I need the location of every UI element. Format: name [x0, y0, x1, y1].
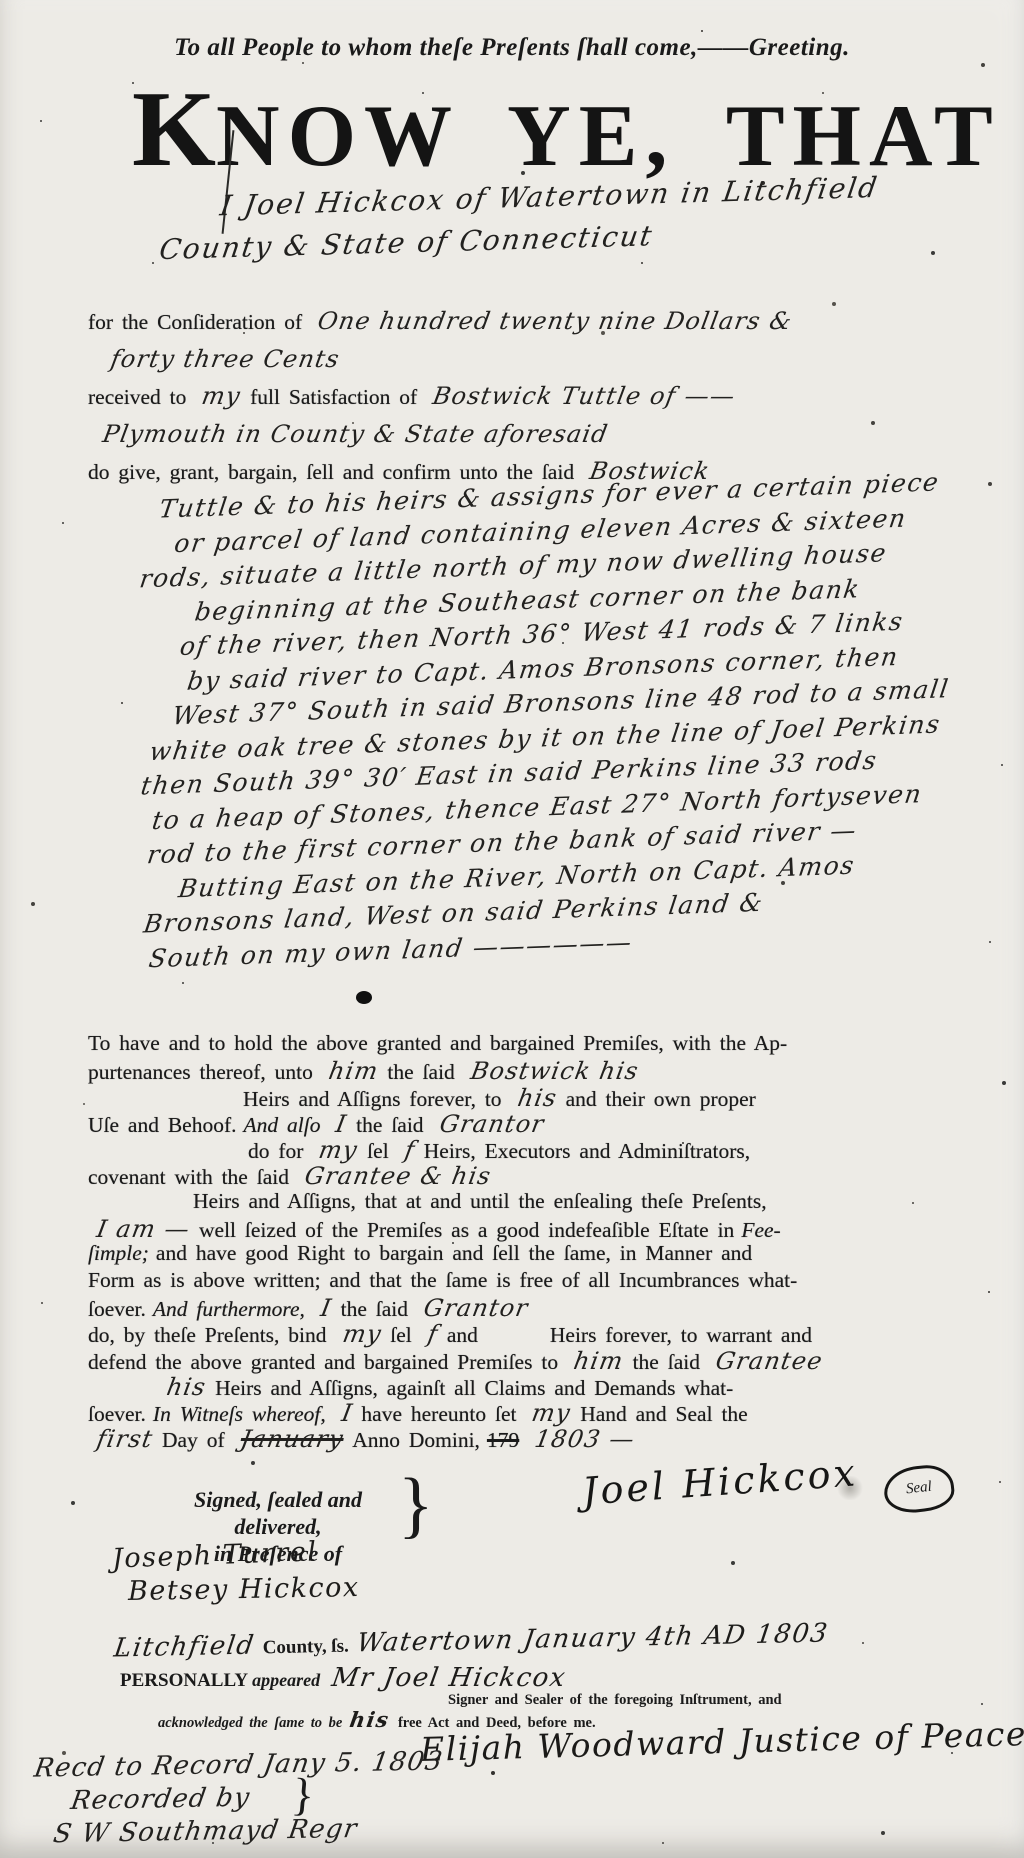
printed-text: ſoever.	[88, 1404, 146, 1426]
handwritten-text: 1803 —	[533, 1427, 637, 1451]
printed-text: Uſe and Behoof.	[88, 1115, 237, 1137]
handwritten-text: S W Southmayd Regr	[51, 1816, 359, 1847]
printed-text: full Satisfaction of	[250, 387, 417, 409]
handwritten-text: f	[426, 1322, 440, 1346]
ink-blot	[356, 991, 372, 1004]
deed-line: do, by theſe Preſents, bindmyſelfandHeir…	[88, 1322, 832, 1348]
his-handwritten: his	[348, 1707, 392, 1732]
headline: KNOW YE, THAT	[132, 76, 1001, 184]
acknowledgment-appearance-line: PERSONALLYappearedMr Joel Hickcox	[120, 1663, 574, 1693]
printed-text: purtenances thereof, unto	[88, 1062, 313, 1084]
handwritten-text: Grantee	[714, 1349, 825, 1373]
printed-text: the ſaid	[387, 1062, 454, 1084]
printed-text: Heirs and Aſſigns, againſt all Claims an…	[215, 1378, 733, 1400]
printed-text: and	[447, 1325, 478, 1347]
habendum-section: To have and to hold the above granted an…	[88, 1033, 832, 1454]
grantor-intro: I Joel Hickcox of Watertown in Litchfiel…	[149, 174, 889, 279]
deed-line: Plymouth in County & State aforesaid	[88, 419, 801, 457]
printed-text: for the Conſideration of	[88, 312, 302, 334]
handwritten-text: Recorded by	[69, 1785, 252, 1814]
deed-line: I am —well ſeized of the Premiſes as a g…	[88, 1217, 832, 1243]
printed-text: the ſaid	[341, 1299, 408, 1321]
printed-text: and have good Right to bargain and ſell …	[156, 1243, 752, 1265]
handwritten-text: Recd to Record Jany 5. 1803	[32, 1748, 445, 1781]
printed-text: Form as is above written; and that the ſ…	[88, 1270, 797, 1292]
recording-note: Recd to Record Jany 5. 1803Recorded byS …	[25, 1748, 453, 1854]
property-description: Tuttle & to his heirs & assigns for ever…	[120, 469, 967, 981]
printed-text: ſoever.	[88, 1299, 146, 1321]
deed-line: hisHeirs and Aſſigns, againſt all Claims…	[88, 1375, 832, 1401]
attestation-line1: Signed, ſealed and delivered,	[150, 1486, 406, 1540]
deed-line: forty three Cents	[88, 344, 801, 382]
printed-text: Fee-	[741, 1220, 780, 1242]
deed-document: To all People to whom theſe Preſents ſha…	[0, 0, 1024, 1858]
printed-text: Day of	[162, 1430, 225, 1452]
witness-signature-1: Joseph Turrel	[112, 1536, 318, 1574]
deed-line: Heirs and Aſſigns forever, tohisand thei…	[88, 1086, 832, 1112]
grantor-signature: Joel Hickcox	[581, 1450, 859, 1513]
printed-text: Heirs forever, to warrant and	[550, 1325, 812, 1347]
deed-line: purtenances thereof, untohimthe ſaidBost…	[88, 1059, 832, 1085]
salutation-line: To all People to whom theſe Preſents ſha…	[0, 34, 1024, 62]
headline-initial: K	[132, 76, 216, 184]
county-printed: County, ſs.	[263, 1636, 350, 1660]
printed-text: And furthermore,	[153, 1299, 305, 1321]
appeared-label: appeared	[252, 1670, 320, 1691]
printed-text: and their own proper	[566, 1089, 756, 1111]
printed-text: well ſeized of the Premiſes as a good in…	[199, 1220, 734, 1242]
handwritten-text: Plymouth in County & State aforesaid	[101, 422, 610, 446]
printed-text: Heirs, Executors and Adminiſtrators,	[424, 1141, 750, 1163]
deed-line: ſoever.And furthermore,Ithe ſaidGrantor	[88, 1296, 832, 1322]
deed-line: Form as is above written; and that the ſ…	[88, 1270, 832, 1296]
printed-text: Heirs and Aſſigns, that at and until the…	[193, 1191, 767, 1213]
handwritten-text: I am —	[95, 1217, 192, 1241]
printed-text: the ſaid	[633, 1352, 700, 1374]
handwritten-text: Bostwick his	[469, 1059, 641, 1083]
deed-line: ſoever.In Witneſs whereof,Ihave hereunto…	[88, 1401, 832, 1427]
handwritten-text: I	[319, 1296, 334, 1320]
deed-line: defend the above granted and bargained P…	[88, 1349, 832, 1375]
deed-line: To have and to hold the above granted an…	[88, 1033, 832, 1059]
attestation-brace: }	[398, 1468, 434, 1542]
deed-line: covenant with the ſaidGrantee & his	[88, 1164, 832, 1190]
deed-line: for the Conſideration ofOne hundred twen…	[88, 306, 801, 344]
paper-speckles	[0, 0, 2, 2]
printed-text: 179	[487, 1430, 519, 1452]
deed-line: Uſe and Behoof.And alſoIthe ſaidGrantor	[88, 1112, 832, 1138]
printed-text: the ſaid	[356, 1115, 423, 1137]
handwritten-text: Grantor	[422, 1296, 531, 1320]
printed-text: received to	[88, 387, 186, 409]
deed-line: ſimple;and have good Right to bargain an…	[88, 1243, 832, 1269]
printed-text: do for	[248, 1141, 303, 1163]
handwritten-text: him	[572, 1349, 626, 1373]
printed-text: Anno Domini,	[352, 1430, 480, 1452]
deed-line: S W Southmayd Regr	[26, 1814, 453, 1854]
printed-text: In Witneſs whereof,	[153, 1404, 326, 1426]
printed-text: ſimple;	[88, 1243, 149, 1265]
handwritten-text: January	[238, 1427, 345, 1451]
handwritten-text: his	[165, 1375, 208, 1399]
acknowledgment-venue-line: LitchfieldCounty, ſs.Watertown January 4…	[106, 1618, 837, 1663]
recording-brace: }	[290, 1771, 316, 1819]
consideration-section: for the Conſideration ofOne hundred twen…	[88, 306, 801, 494]
witness-signature-2: Betsey Hickcox	[128, 1572, 360, 1607]
handwritten-text: f	[403, 1138, 417, 1162]
handwritten-text: Bostwick Tuttle of ——	[431, 384, 738, 408]
handwritten-text: his	[515, 1086, 558, 1110]
deed-line: received tomyfull Satisfaction ofBostwic…	[88, 381, 801, 419]
deed-line: firstDay ofJanuaryAnno Domini,1791803 —	[88, 1427, 832, 1453]
seal-mark: Seal	[882, 1462, 956, 1515]
printed-text: defend the above granted and bargained P…	[88, 1352, 558, 1374]
deed-line: do formyſelfHeirs, Executors and Adminiſ…	[88, 1138, 832, 1164]
handwritten-text: forty three Cents	[109, 347, 342, 371]
acknowledged-printed: acknowledged the ſame to be	[158, 1715, 342, 1731]
venue-handwritten: Watertown January 4th AD 1803	[355, 1618, 830, 1658]
printed-text: Heirs and Aſſigns forever, to	[243, 1089, 502, 1111]
handwritten-text: first	[95, 1427, 155, 1451]
county-handwritten: Litchfield	[112, 1630, 257, 1663]
handwritten-text: Grantee & his	[303, 1164, 493, 1188]
handwritten-text: I	[340, 1401, 355, 1425]
handwritten-text: One hundred twenty nine Dollars &	[316, 309, 794, 333]
printed-text: covenant with the ſaid	[88, 1167, 289, 1189]
printed-text: And alſo	[244, 1115, 321, 1137]
handwritten-text: my	[317, 1138, 360, 1162]
handwritten-text: Grantor	[437, 1112, 546, 1136]
printed-text: ſel	[367, 1141, 389, 1163]
printed-text: To have and to hold the above granted an…	[88, 1033, 787, 1055]
handwritten-text: my	[340, 1322, 383, 1346]
deed-line: Heirs and Aſſigns, that at and until the…	[88, 1191, 832, 1217]
printed-text: ſel	[390, 1325, 412, 1347]
headline-text: NOW YE, THAT	[216, 93, 1001, 181]
personally-label: PERSONALLY	[120, 1670, 248, 1692]
handwritten-text: I	[334, 1112, 349, 1136]
handwritten-text: my	[200, 384, 243, 408]
handwritten-text: him	[327, 1059, 381, 1083]
appearer-name: Mr Joel Hickcox	[330, 1663, 569, 1693]
printed-text: do give, grant, bargain, ſell and confir…	[88, 462, 574, 484]
printed-text: do, by theſe Preſents, bind	[88, 1325, 327, 1347]
printed-text: have hereunto ſet	[361, 1404, 516, 1426]
handwritten-text: my	[530, 1401, 573, 1425]
printed-text: Hand and Seal the	[580, 1404, 748, 1426]
